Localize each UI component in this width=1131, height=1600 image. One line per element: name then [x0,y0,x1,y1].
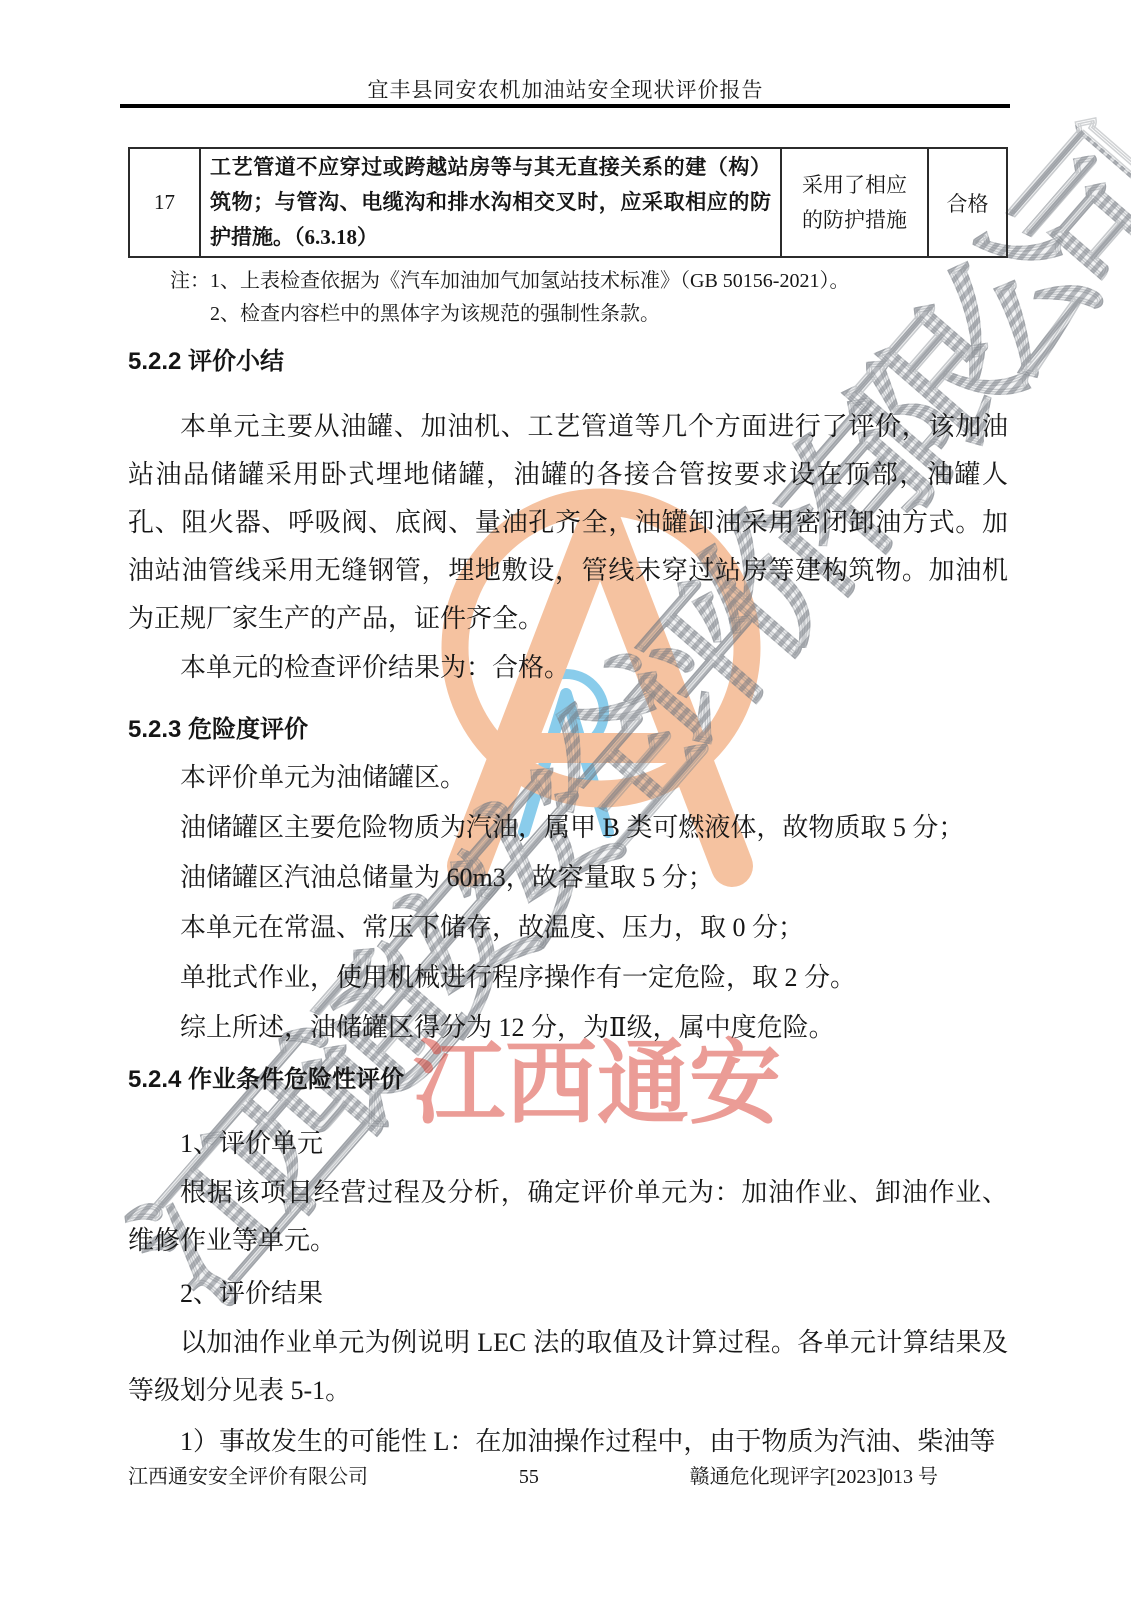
page-title: 宜丰县同安农机加油站安全现状评价报告 [0,74,1131,104]
line-temperature: 本单元在常温、常压下储存，故温度、压力，取 0 分； [128,903,1008,953]
table-notes: 注：1、上表检查依据为《汽车加油加气加氢站技术标准》（GB 50156-2021… [128,265,1008,331]
table-cell-measure: 采用了相应的防护措施 [780,149,927,256]
section-heading-523: 5.2.3 危险度评价 [128,715,1008,745]
item-eval-result-title: 2、评价结果 [128,1269,1008,1319]
page-footer: 江西通安安全评价有限公司 55 赣通危化现评字[2023]013 号 [128,1464,1008,1490]
content-column: 17 工艺管道不应穿过或跨越站房等与其无直接关系的建（构）筑物；与管沟、电缆沟和… [128,147,1008,1467]
footer-doc-number: 赣通危化现评字[2023]013 号 [690,1464,1008,1490]
table-cell-result: 合格 [927,149,1006,256]
line-unit: 本评价单元为油储罐区。 [128,753,1008,803]
section-524-items: 1、评价单元 根据该项目经营过程及分析，确定评价单元为：加油作业、卸油作业、维修… [128,1119,1008,1467]
document-page: 江西通安安全评价有限公司 江西通安 宜丰县同安农机加油站安全现状评价报告 17 … [0,0,1131,1600]
header-rule [120,104,1010,108]
table-note-2: 2、检查内容栏中的黑体字为该规范的强制性条款。 [170,298,1008,331]
measure-text: 采用了相应的防护措施 [782,168,927,238]
line-conclusion: 综上所述，油储罐区得分为 12 分，为Ⅱ级，属中度危险。 [128,1003,1008,1053]
table-note-1: 注：1、上表检查依据为《汽车加油加气加氢站技术标准》（GB 50156-2021… [170,265,1008,298]
table-cell-check-content: 工艺管道不应穿过或跨越站房等与其无直接关系的建（构）筑物；与管沟、电缆沟和排水沟… [199,149,780,256]
line-capacity: 油储罐区汽油总储量为 60m3，故容量取 5 分； [128,853,1008,903]
footer-company: 江西通安安全评价有限公司 [128,1464,368,1490]
paragraph-522-summary: 本单元主要从油罐、加油机、工艺管道等几个方面进行了评价，该加油站油品储罐采用卧式… [128,403,1008,643]
check-content-text: 工艺管道不应穿过或跨越站房等与其无直接关系的建（构）筑物；与管沟、电缆沟和排水沟… [201,150,780,255]
item-eval-unit-body: 根据该项目经营过程及分析，确定评价单元为：加油作业、卸油作业、维修作业等单元。 [128,1169,1008,1265]
paragraph-522-result: 本单元的检查评价结果为：合格。 [128,643,1008,693]
item-possibility-l: 1）事故发生的可能性 L：在加油操作过程中，由于物质为汽油、柴油等 [128,1417,1008,1467]
section-heading-522: 5.2.2 评价小结 [128,347,1008,377]
line-operation: 单批式作业，使用机械进行程序操作有一定危险，取 2 分。 [128,953,1008,1003]
checklist-table: 17 工艺管道不应穿过或跨越站房等与其无直接关系的建（构）筑物；与管沟、电缆沟和… [128,147,1008,258]
section-523-lines: 本评价单元为油储罐区。 油储罐区主要危险物质为汽油，属甲 B 类可燃液体，故物质… [128,753,1008,1053]
section-heading-524: 5.2.4 作业条件危险性评价 [128,1065,1008,1095]
item-eval-result-body: 以加油作业单元为例说明 LEC 法的取值及计算过程。各单元计算结果及等级划分见表… [128,1319,1008,1415]
footer-page-number: 55 [368,1464,690,1490]
line-substance: 油储罐区主要危险物质为汽油，属甲 B 类可燃液体，故物质取 5 分； [128,803,1008,853]
item-eval-unit-title: 1、评价单元 [128,1119,1008,1169]
table-cell-row-number: 17 [130,149,199,256]
